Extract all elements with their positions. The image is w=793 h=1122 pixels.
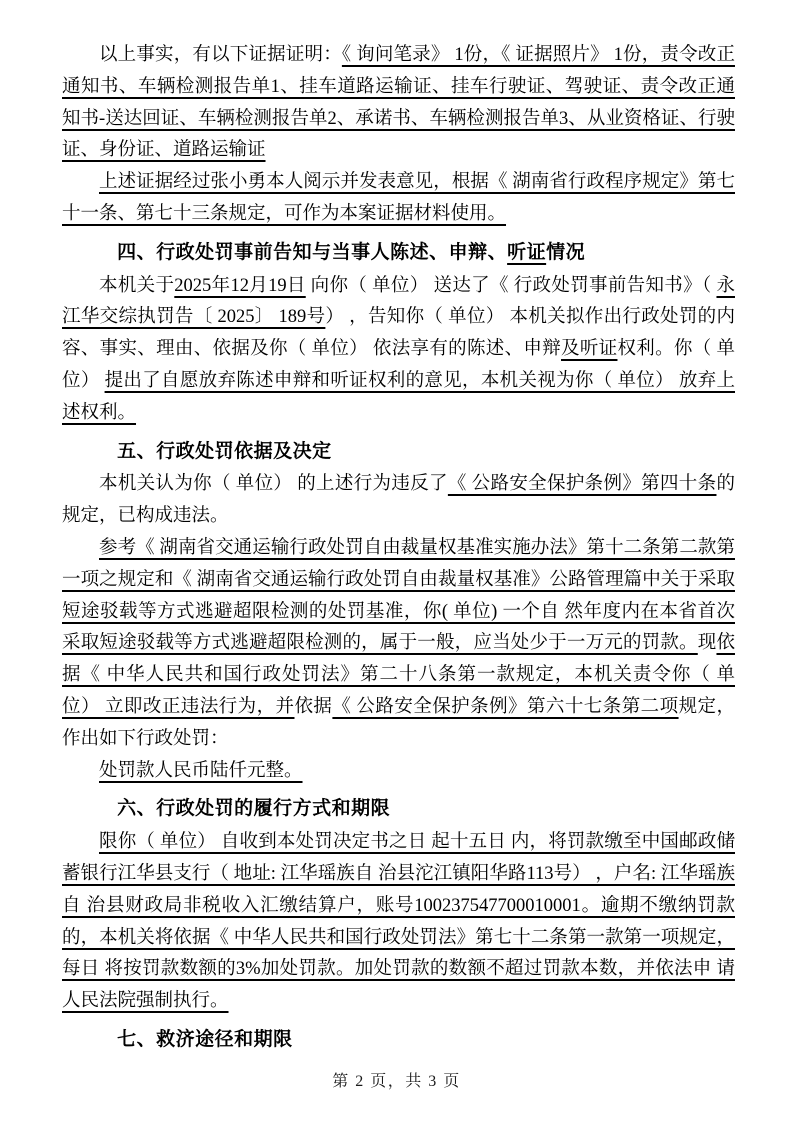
text-segment: 五、行政处罚依据及决定 — [117, 441, 332, 462]
section-heading: 四、行政处罚事前告知与当事人陈述、申辩、听证情况 — [62, 237, 735, 269]
underlined-text: 及听证 — [561, 339, 617, 359]
paragraph: 处罚款人民币陆仟元整。 — [62, 756, 735, 788]
underlined-text: 参考《 湖南省交通运输行政处罚自由裁量权基准实施办法》第十二条第二款第一项之规定… — [62, 538, 735, 653]
underlined-text: 处罚款人民币陆仟元整。 — [99, 761, 303, 781]
underlined-text: 提出了自愿放弃陈述申辩和听证权利的意见，本机关视为你（ 单位） 放弃上述权利。 — [62, 371, 735, 423]
paragraph: 以上事实，有以下证据证明：《 询问笔录》 1份，《 证据照片》 1份，责令改正通… — [62, 40, 735, 167]
text-segment: 四、行政处罚事前告知与当事人陈述、申辩、 — [117, 242, 507, 263]
section-heading: 六、行政处罚的履行方式和期限 — [62, 793, 735, 825]
text-segment: 以上事实，有以下证据证明： — [99, 45, 342, 65]
page-footer: 第 2 页，共 3 页 — [0, 1066, 793, 1098]
document-page: 以上事实，有以下证据证明：《 询问笔录》 1份，《 证据照片》 1份，责令改正通… — [0, 0, 793, 1122]
underlined-text: 限你（ 单位） 自收到本处罚决定书之日 起十五日 内，将罚款缴至中国邮政储蓄银行… — [62, 832, 735, 1011]
text-segment: 情况 — [546, 242, 585, 263]
paragraph: 上述证据经过张小勇本人阅示并发表意见，根据《 湖南省行政程序规定》第七十一条、第… — [62, 167, 735, 231]
page-number: 第 2 页，共 3 页 — [332, 1073, 461, 1090]
text-segment: 七、救济途径和期限 — [117, 1029, 293, 1050]
text-segment: 本机关于 — [99, 276, 174, 296]
paragraph: 本机关认为你（ 单位） 的上述行为违反了《 公路安全保护条例》第四十条的规定，已… — [62, 469, 735, 533]
paragraph: 本机关于2025年12月19日 向你（ 单位） 送达了《 行政处罚事前告知书》（… — [62, 271, 735, 430]
text-segment: 向你（ 单位） 送达了《 行政处罚事前告知书》（ — [306, 276, 717, 296]
paragraph: 限你（ 单位） 自收到本处罚决定书之日 起十五日 内，将罚款缴至中国邮政储蓄银行… — [62, 827, 735, 1018]
text-segment: 现 — [698, 633, 717, 653]
text-segment: 本机关认为你（ 单位） 的上述行为违反了 — [99, 474, 448, 494]
underlined-text: 听证 — [507, 242, 546, 263]
text-segment: 六、行政处罚的履行方式和期限 — [117, 798, 390, 819]
underlined-text: 上述证据经过张小勇本人阅示并发表意见，根据《 湖南省行政程序规定》第七十一条、第… — [62, 172, 735, 224]
underlined-text: 2025年12月19日 — [174, 276, 305, 296]
section-heading: 五、行政处罚依据及决定 — [62, 436, 735, 468]
text-segment: 依据 — [294, 697, 332, 717]
underlined-text: 《 公路安全保护条例》第六十七条第二项 — [332, 697, 678, 717]
section-heading: 七、救济途径和期限 — [62, 1024, 735, 1056]
document-body: 以上事实，有以下证据证明：《 询问笔录》 1份，《 证据照片》 1份，责令改正通… — [62, 40, 735, 1056]
paragraph: 参考《 湖南省交通运输行政处罚自由裁量权基准实施办法》第十二条第二款第一项之规定… — [62, 533, 735, 756]
underlined-text: 《 公路安全保护条例》第四十条 — [448, 474, 717, 494]
